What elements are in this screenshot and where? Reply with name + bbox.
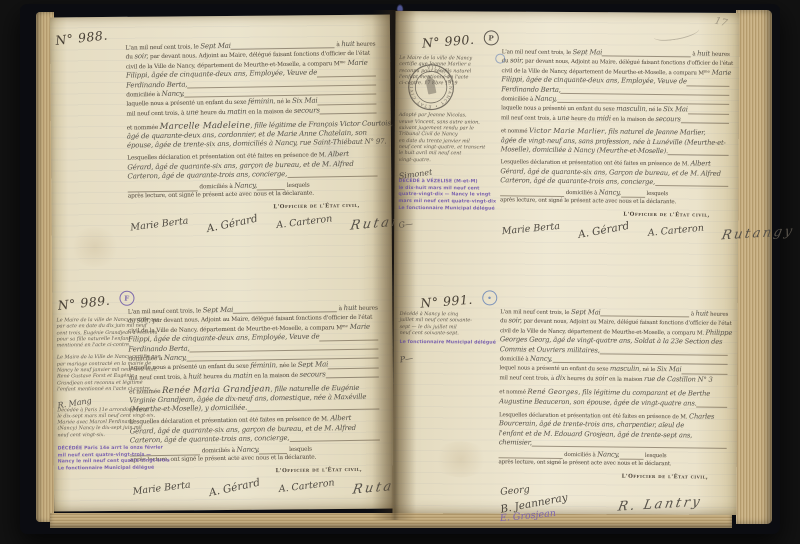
printed-text: du (500, 319, 508, 325)
handwritten-text: chemisier, (499, 438, 532, 446)
officer-label: L'Officier de l'État civil, (128, 203, 360, 213)
handwritten-text: Sept Mai (200, 42, 231, 50)
handwritten-text: secours (300, 370, 326, 378)
entry-number-text: N° 989. (57, 293, 111, 313)
entry-number-text: N° 988. (55, 28, 109, 48)
signature: A. Carteron (647, 223, 704, 239)
record-body: L'an mil neuf cent trois, le Sept Mai à … (500, 47, 730, 250)
handwritten-text: matin (233, 371, 252, 379)
record-body: L'an mil neuf cent trois, le Sept Mai à … (498, 307, 728, 524)
handwritten-text: Sept Mai (573, 48, 603, 56)
printed-text: en la maison (607, 376, 644, 382)
death-mention-stamp: DÉCÉDÉ à VÉZELISE (M-et-M)le dix-huit ma… (398, 179, 498, 213)
record-line: après lecture, ont signé le présent acte… (500, 197, 728, 209)
handwritten-text: , fils naturel de Jeanne Marlier, (604, 128, 705, 137)
handwritten-text: une (186, 108, 199, 116)
handwritten-text: Nancy, (535, 95, 557, 103)
margin-signature: G— (398, 216, 498, 223)
signature: A. Gérard (206, 213, 259, 235)
printed-text: domiciliés à (563, 452, 598, 458)
handwritten-text: Ferdinando Berta, (501, 85, 560, 94)
register-page-left: N° 988.L'an mil neuf cent trois, le Sept… (50, 15, 394, 512)
signatures-row: Marie BertaA. GérardA. CarteronRutangy (502, 224, 728, 251)
circular-letter-stamp: F (119, 291, 135, 307)
margin-signature: Simonet (399, 167, 499, 174)
margin-note: Décédée à Paris 11e arrondissementle dix… (57, 406, 153, 438)
margin-note-line: Simonet (399, 161, 499, 181)
printed-text: L'an mil neuf cent trois, le (500, 309, 571, 316)
printed-text: mil neuf cent trois, à (501, 115, 557, 122)
handwritten-text: Nancy, (234, 182, 257, 190)
printed-text: domicilié à (500, 356, 530, 362)
printed-text: heure du (569, 116, 596, 122)
handwritten-text: Nancy, (162, 90, 185, 98)
printed-text: domiciliés à (198, 184, 235, 191)
handwritten-text: Charles (689, 412, 714, 420)
handwritten-text: Nancy, (597, 451, 619, 459)
printed-text: domiciliée à (126, 92, 162, 99)
printed-text: heure du (199, 110, 228, 116)
handwritten-text: Victor Marie Marlier (529, 127, 605, 136)
record-body: L'an mil neuf cent trois, le Sept Mai à … (128, 304, 381, 508)
register-page-right: 17 N° 990.PL'an mil neuf cent trois, le … (392, 11, 739, 515)
circular-letter-stamp: • (481, 290, 497, 306)
margin-notes-991: Décédé à Nancy le cinqjuillet mil neuf c… (399, 307, 491, 358)
margin-note-line: mentionné en l'acte ci-contre. (57, 342, 153, 349)
circular-letter-stamp: P (483, 30, 499, 46)
entry-number: N° 989.F (57, 290, 135, 313)
handwritten-text: Sept Mai (203, 306, 234, 314)
printed-text: et nommé (501, 128, 529, 134)
margin-note-line: neuf cent soixante-sept. (400, 330, 492, 337)
printed-text: heures (357, 306, 378, 312)
printed-text: lequel nous a présenté un enfant du sexe (500, 366, 610, 373)
birth-record-entry-988: N° 988.L'an mil neuf cent trois, le Sept… (49, 27, 392, 245)
printed-text: en la maison de (611, 116, 656, 123)
entry-number-text: N° 990. (421, 32, 474, 51)
round-seal-stamp: VILLE DE NANCY • ÉTAT CIVIL • (403, 59, 460, 116)
blue-ink-stamp (495, 54, 505, 64)
handwritten-text: Marie (348, 322, 370, 330)
handwritten-text: féminin (250, 362, 276, 370)
margin-note-line: mars mil neuf cent quatre-vingt-dix (398, 199, 498, 206)
printed-text: en la maison de (246, 109, 293, 116)
handwritten-text: Ferdinando Berta, (126, 80, 187, 89)
handwritten-text: huit (188, 372, 201, 380)
blank-rule (621, 195, 645, 197)
printed-text: , né le (639, 367, 657, 373)
margin-note-line: neuf cent vingt-six. (57, 431, 153, 438)
signature: A. Carteron (276, 214, 333, 232)
margin-note: Adopté par Jeanne Nicolas,veuve Vincent,… (399, 112, 499, 163)
handwritten-text: , fils légitime du comparant et de Berth… (578, 388, 710, 397)
margin-note-line: (Nancy) Nancy le dix-sept juin mil (57, 425, 153, 432)
margin-note: Décédé à Nancy le cinqjuillet mil neuf c… (400, 311, 492, 337)
signature: A. Gérard (208, 477, 261, 499)
printed-text: du (126, 55, 135, 61)
printed-text: domiciliés à (564, 190, 599, 196)
signatures-row: Marie BertaA. GérardA. CarteronRutangy (130, 216, 378, 244)
printed-text: domiciliée à (501, 96, 535, 102)
handwritten-text: Commis et Ouvriers militaires, (500, 345, 600, 354)
printed-text: heures du (202, 374, 233, 380)
handwritten-text: dix (556, 374, 566, 382)
printed-text: heures (710, 52, 730, 58)
printed-text: en la maison de (252, 373, 299, 380)
signature: Marie Berta (501, 221, 560, 237)
signature: A. Gérard (577, 220, 630, 241)
officer-label: L'Officier de l'État civil, (498, 472, 708, 480)
handwritten-text: Filippi, âgée de cinquante-deux ans, Emp… (501, 75, 687, 85)
handwritten-text: Nancy, (530, 355, 552, 363)
handwritten-text: féminin (248, 98, 274, 106)
margin-signature: P— (399, 351, 491, 358)
handwritten-text: Sept Mai (571, 308, 601, 316)
printed-text: lesquels (645, 191, 668, 197)
margin-note-line: Le fonctionnaire Municipal délégué (58, 465, 210, 473)
signature: R. Lantry (617, 495, 704, 515)
handwritten-text: masculin (616, 105, 645, 113)
handwritten-text: Marie (345, 58, 367, 66)
margin-notes-989: Le Maire de la ville de Nancy certifie q… (56, 313, 153, 473)
printed-text: , né le (273, 99, 292, 105)
printed-text: lesquels (285, 183, 310, 189)
handwritten-text: Albert (690, 160, 710, 168)
entry-number: N° 990.P (421, 30, 498, 51)
handwritten-text: Six Mai (657, 365, 682, 373)
handwritten-text: Six Mai (663, 105, 688, 113)
handwritten-text: huit (696, 309, 709, 317)
printed-text: , née le (276, 363, 298, 369)
handwritten-text: Nancy, (164, 354, 187, 362)
handwritten-text: Six Mai (292, 97, 318, 105)
handwritten-text: huit (697, 49, 710, 57)
margin-signature: R. Mang (57, 396, 153, 403)
handwritten-text: une (557, 114, 569, 122)
handwritten-text: Philippe (706, 328, 733, 336)
photo-backdrop: N° 988.L'an mil neuf cent trois, le Sept… (0, 0, 800, 544)
printed-text: après lecture, ont signé le présent acte… (500, 197, 676, 205)
printed-text: lesquels (287, 447, 312, 453)
printed-text: après lecture, ont signé le présent acte… (498, 459, 671, 467)
handwritten-text: Albert (328, 150, 349, 158)
record-line: après lecture, ont signé le présent acte… (498, 459, 726, 471)
handwritten-text: Augustine Beauceron, son épouse, âgée de… (499, 397, 696, 407)
entry-number: N° 988. (55, 28, 109, 48)
handwritten-text: Sept Mai (298, 361, 329, 369)
record-body: L'an mil neuf cent trois, le Sept Mai à … (125, 40, 378, 244)
page-edges-fore (736, 10, 772, 524)
handwritten-text: Moselle), domiciliée à Nancy (Meurthe-et… (501, 145, 668, 155)
signature: Marie Berta (130, 216, 189, 234)
printed-text: et nommé (499, 389, 527, 395)
handwritten-text: Carteron, âgé de quarante-trois ans, con… (500, 176, 655, 186)
printed-text: heures (355, 42, 376, 48)
handwritten-text: huit (344, 304, 357, 312)
handwritten-text: Nancy, (237, 446, 260, 454)
signature: Rutangy (721, 224, 796, 243)
signatures-row: Marie BertaA. GérardA. CarteronRutangy (132, 480, 380, 508)
printed-text: lesquels (643, 453, 666, 459)
printed-text: heures du (565, 376, 595, 382)
handwritten-text: soir, (510, 57, 524, 65)
signature: Georg (500, 484, 530, 498)
handwritten-text: René Georges (527, 388, 578, 397)
handwritten-text: matin (227, 107, 246, 115)
handwritten-text: masculin (610, 365, 639, 373)
handwritten-text: Bourcerain, âgé de trente-trois ans, cha… (499, 420, 684, 430)
handwritten-text: soir, (134, 53, 148, 61)
margin-note: Le Maire de la ville de Nancy certifie q… (56, 317, 152, 349)
officer-label: L'Officier de l'État civil, (500, 210, 710, 218)
handwritten-text: Marie (710, 68, 732, 76)
handwritten-text: huit (341, 40, 354, 48)
signature: A. Carteron (278, 478, 335, 496)
handwritten-text: soir (595, 374, 607, 382)
register-book-cover: N° 988.L'an mil neuf cent trois, le Sept… (20, 4, 780, 534)
handwritten-text: secours (294, 106, 320, 114)
page-number-flourish: 17 (714, 16, 729, 30)
printed-text: heures (708, 312, 728, 318)
blank-rule (619, 457, 643, 459)
handwritten-text: midi (596, 114, 610, 122)
death-mention-stamp: DÉCÉDÉE Paris 14e arrt le onze févriermi… (58, 445, 210, 473)
handwritten-text: Albert (330, 414, 351, 422)
handwritten-text: l'enfant et de M. Edouard Grosjean, âgé … (499, 429, 692, 439)
handwritten-text: soir, (508, 317, 522, 325)
signatures-row: GeorgB. JeannerayE. GrosjeanR. Lantry (500, 486, 726, 525)
printed-text: , né le (645, 107, 663, 113)
handwritten-text: Nancy, (599, 189, 621, 197)
printed-text: mil neuf cent trois, à (126, 110, 186, 117)
printed-text: laquelle nous a présenté un enfant du se… (501, 106, 616, 113)
handwritten-text: secours (656, 115, 681, 123)
signature: Marie Berta (132, 480, 191, 498)
printed-text: L'an mil neuf cent trois, le (502, 49, 573, 56)
printed-text: mil neuf cent trois, à (499, 375, 555, 382)
blank-rule (697, 405, 728, 407)
margin-note: Le Maire de la Ville de Nancy certifie q… (57, 354, 153, 393)
printed-text: L'an mil neuf cent trois, le (125, 44, 200, 51)
handwritten-text: rue de Castillon N° 3 (644, 375, 713, 384)
